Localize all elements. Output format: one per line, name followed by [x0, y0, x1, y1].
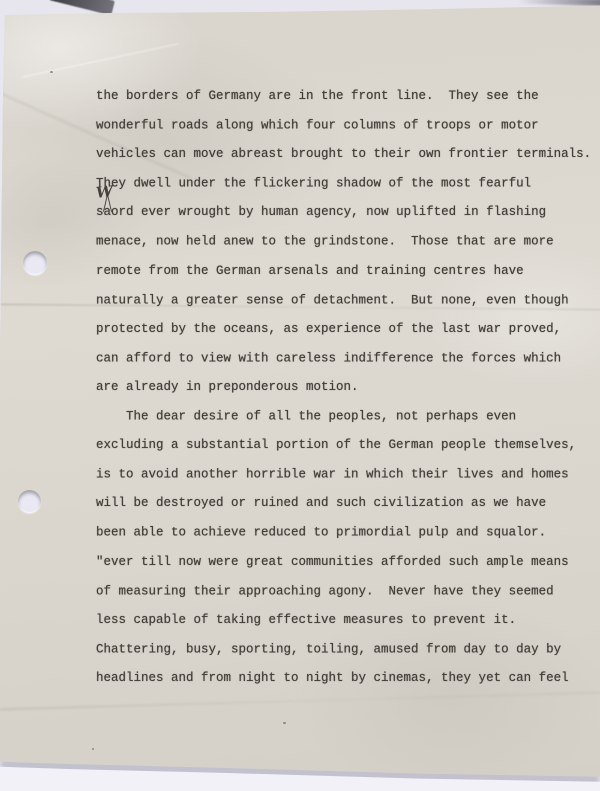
typed-line: menace, now held anew to the grindstone.…	[96, 228, 600, 257]
paper-sheet: the borders of Germany are in the front …	[0, 0, 600, 791]
punch-hole-top	[23, 251, 47, 275]
typed-line: The dear desire of all the peoples, not …	[96, 402, 600, 431]
handwritten-w-annotation: W	[95, 182, 114, 202]
typed-line: "ever till now were great communities af…	[96, 548, 600, 577]
punch-hole-bottom	[18, 490, 41, 513]
typed-line: can afford to view with careless indiffe…	[96, 344, 600, 373]
photo-scene: the borders of Germany are in the front …	[0, 0, 600, 791]
typed-line: wonderful roads along which four columns…	[96, 111, 600, 140]
crease-line	[0, 692, 600, 711]
typed-line: of measuring their approaching agony. Ne…	[96, 577, 600, 606]
typed-word-suffix: ord ever wrought by human agency, now up…	[111, 205, 546, 219]
paper-speck	[92, 748, 94, 750]
typed-line: vehicles can move abreast brought to the…	[96, 140, 600, 169]
typed-line: Chattering, busy, sporting, toiling, amu…	[96, 635, 600, 664]
typed-line: protected by the oceans, as experience o…	[96, 315, 600, 344]
typed-word-prefix: s	[96, 205, 104, 219]
typed-line: They dwell under the flickering shadow o…	[96, 170, 600, 199]
typed-line: will be destroyed or ruined and such civ…	[96, 489, 600, 518]
paper-speck	[283, 722, 286, 724]
typed-line: are already in preponderous motion.	[96, 373, 600, 402]
typed-line: less capable of taking effective measure…	[96, 606, 600, 635]
typed-line: headlines and from night to night by cin…	[96, 664, 600, 693]
typed-line-with-correction: saord ever wrought by human agency, now …	[96, 198, 600, 227]
typed-line: the borders of Germany are in the front …	[96, 82, 600, 111]
crease-highlight	[22, 43, 179, 77]
typed-line: excluding a substantial portion of the G…	[96, 431, 600, 460]
typed-line: is to avoid another horrible war in whic…	[96, 461, 600, 490]
typed-struck-char: a	[104, 198, 112, 227]
typed-line: remote from the German arsenals and trai…	[96, 257, 600, 286]
typed-text: the borders of Germany are in the front …	[96, 82, 600, 693]
typed-line: naturally a greater sense of detachment.…	[96, 286, 600, 315]
paper-speck	[50, 71, 53, 73]
typed-line: been able to achieve reduced to primordi…	[96, 519, 600, 548]
corner-smudge	[518, 0, 600, 6]
